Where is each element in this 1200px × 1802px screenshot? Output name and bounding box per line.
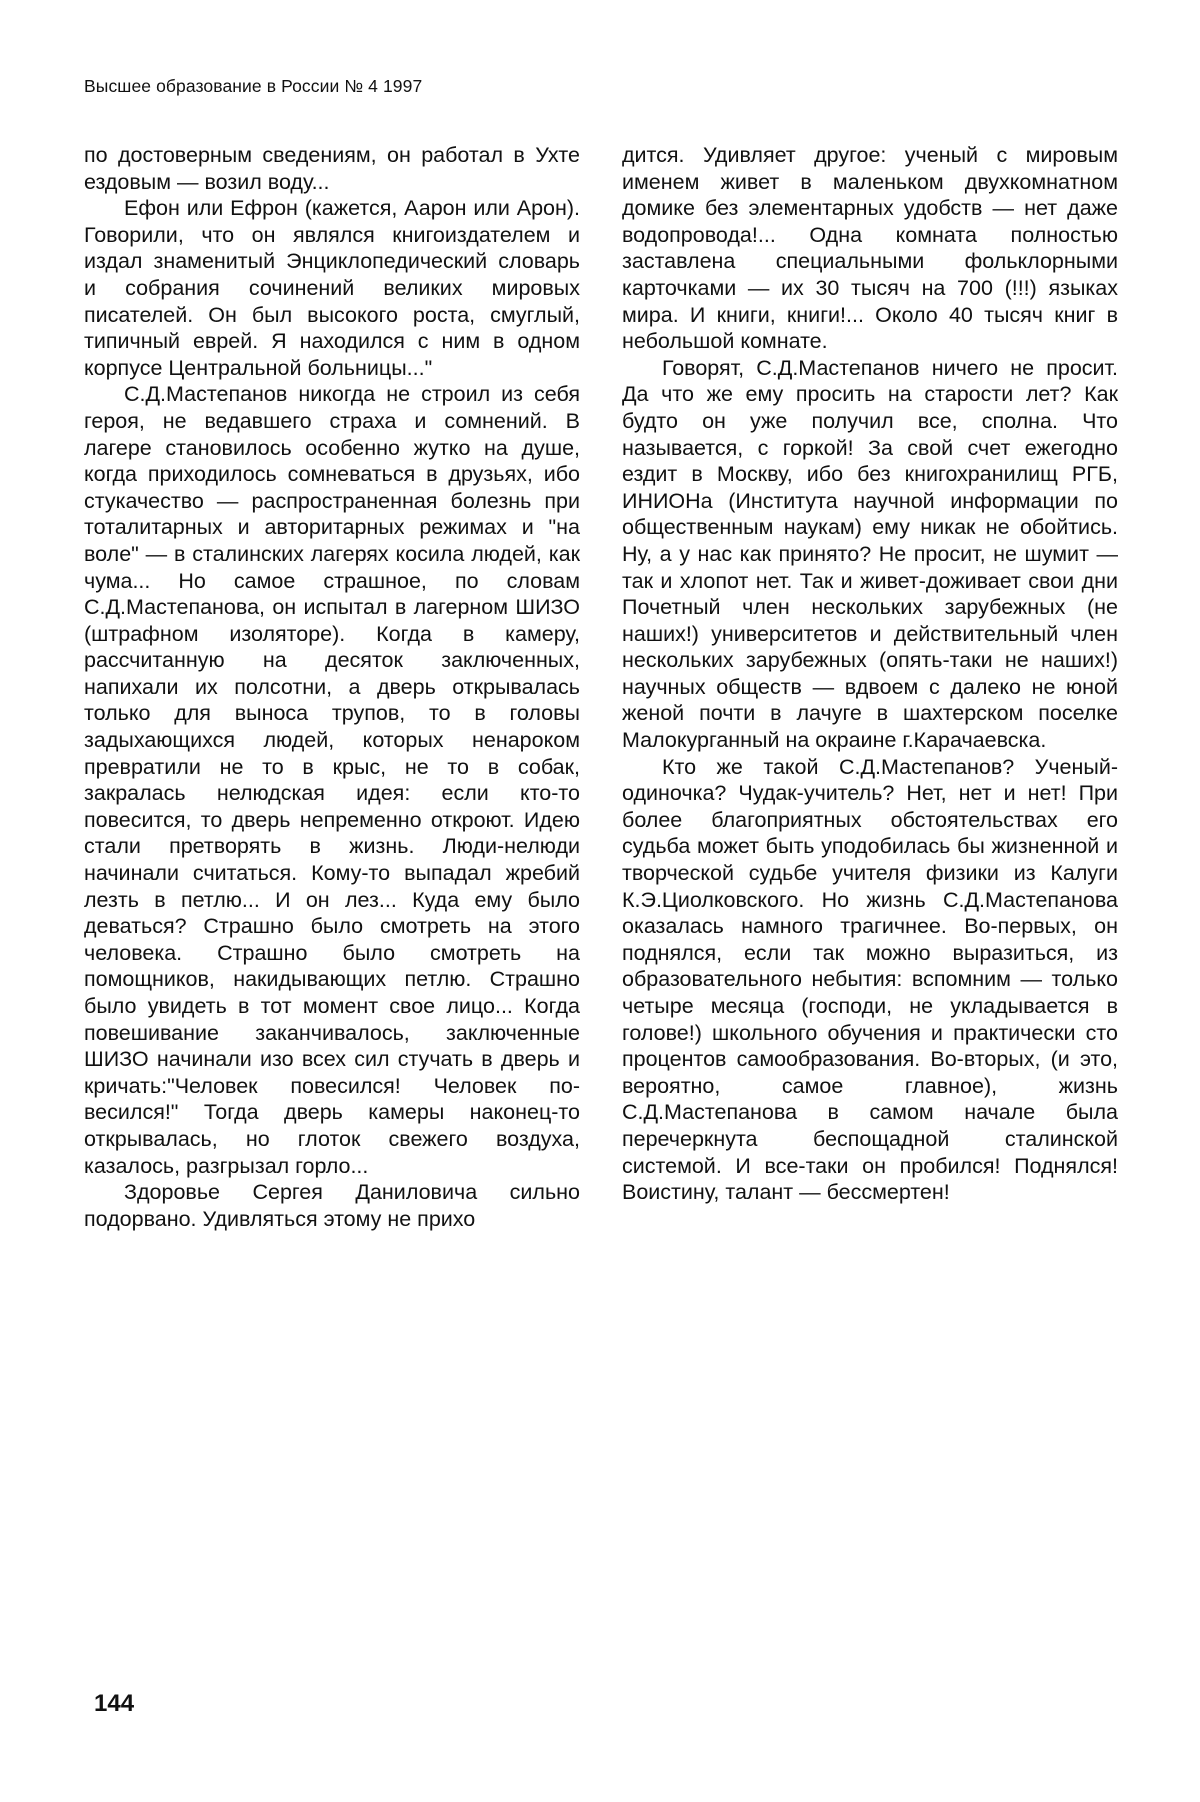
paragraph: Ефон или Ефрон (кажется, Аарон или Арон)…: [84, 195, 580, 381]
page-number: 144: [94, 1690, 134, 1718]
article-body: по достоверным сведениям, он работал в У…: [84, 142, 1118, 1232]
paragraph: Здоровье Сергея Даниловича сильно подорв…: [84, 1179, 580, 1232]
journal-header: Высшее образование в России № 4 1997: [84, 76, 422, 97]
paragraph: Кто же такой С.Д.Мастепанов? Уче­ный-оди…: [622, 754, 1118, 1206]
paragraph: Говорят, С.Д.Мастепанов ничего не просит…: [622, 355, 1118, 754]
paragraph: дится. Удивляет другое: ученый с мировым…: [622, 142, 1118, 355]
paragraph: С.Д.Мастепанов никогда не строил из себя…: [84, 381, 580, 1179]
paragraph: по достоверным сведениям, он работал в У…: [84, 142, 580, 195]
right-column: дится. Удивляет другое: ученый с мировым…: [622, 142, 1118, 1232]
left-column: по достоверным сведениям, он работал в У…: [84, 142, 580, 1232]
